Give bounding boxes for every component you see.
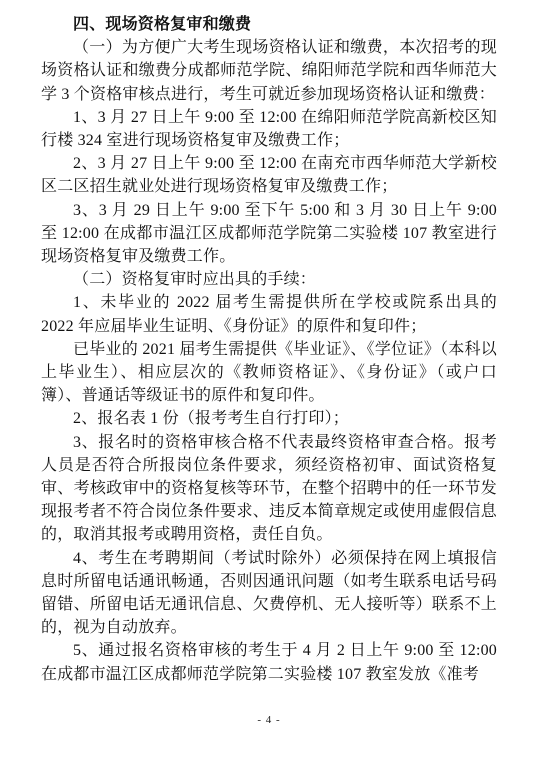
document-page: 四、现场资格复审和缴费（一）为方便广大考生现场资格认证和缴费，本次招考的现场资格…: [0, 0, 538, 758]
paragraph: （一）为方便广大考生现场资格认证和缴费，本次招考的现场资格认证和缴费分成都师范学…: [41, 36, 497, 106]
paragraph: 5、通过报名资格审核的考生于 4 月 2 日上午 9:00 至 12:00 在成…: [41, 639, 497, 685]
section-heading: 四、现场资格复审和缴费: [41, 13, 497, 36]
paragraph: 2、报名表 1 份（报考考生自行打印）；: [41, 407, 497, 430]
paragraph: 4、考生在考聘期间（考试时除外）必须保持在网上填报信息时所留电话通讯畅通，否则因…: [41, 547, 497, 640]
paragraph: 已毕业的 2021 届考生需提供《毕业证》、《学位证》（本科以上毕业生）、相应层…: [41, 338, 497, 408]
paragraph: 3、3 月 29 日上午 9:00 至下午 5:00 和 3 月 30 日上午 …: [41, 199, 497, 269]
paragraph: 1、3 月 27 日上午 9:00 至 12:00 在绵阳师范学院高新校区知行楼…: [41, 106, 497, 152]
paragraph: 2、3 月 27 日上午 9:00 至 12:00 在南充市西华师范大学新校区二…: [41, 152, 497, 198]
page-number: - 4 -: [0, 714, 538, 726]
paragraph: 1、未毕业的 2022 届考生需提供所在学校或院系出具的 2022 年应届毕业生…: [41, 291, 497, 337]
paragraph: 3、报名时的资格审核合格不代表最终资格审查合格。报考人员是否符合所报岗位条件要求…: [41, 431, 497, 547]
document-body: 四、现场资格复审和缴费（一）为方便广大考生现场资格认证和缴费，本次招考的现场资格…: [41, 13, 497, 686]
paragraph: （二）资格复审时应出具的手续：: [41, 268, 497, 291]
